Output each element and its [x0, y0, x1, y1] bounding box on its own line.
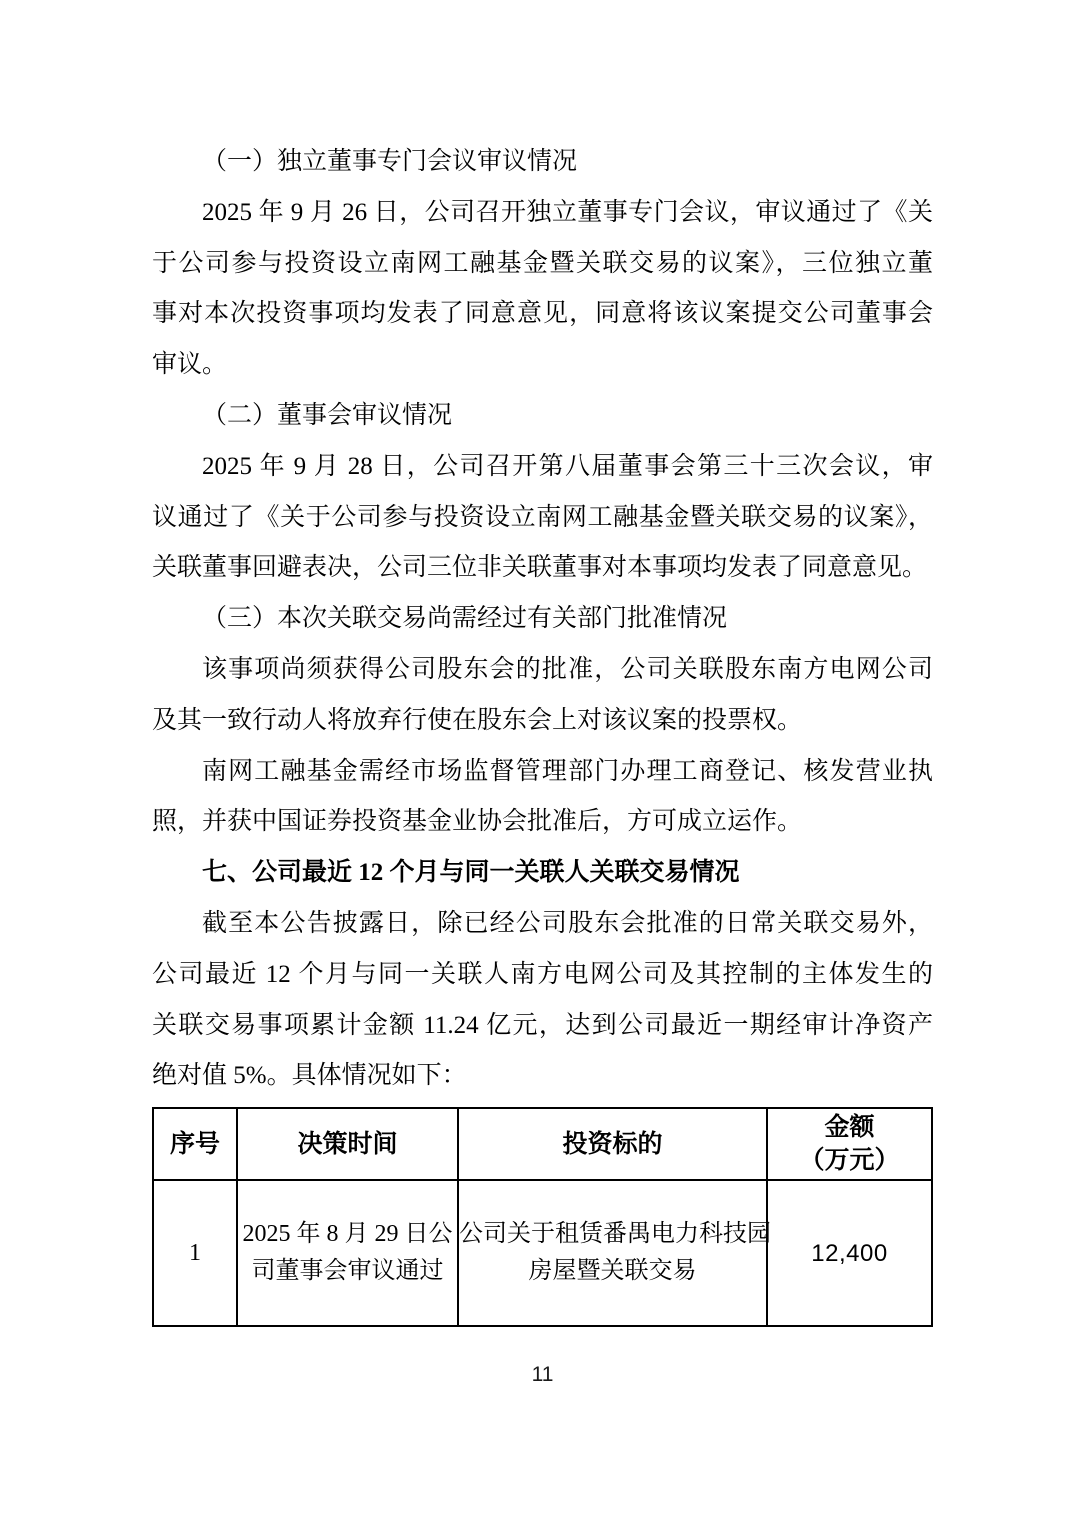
paragraph-line: 事对本次投资事项均发表了同意意见，同意将该议案提交公司董事会	[152, 289, 933, 340]
table-row: 1 2025 年 8 月 29 日公 司董事会审议通过 公司关于租赁番禺电力科技…	[153, 1180, 932, 1326]
table-header-decision-time: 决策时间	[237, 1108, 458, 1180]
subsection-heading: （一）独立董事专门会议审议情况	[152, 137, 933, 188]
paragraph-line: 该事项尚须获得公司股东会的批准，公司关联股东南方电网公司	[152, 645, 933, 696]
cell-amount: 12,400	[767, 1180, 932, 1326]
paragraph-line: 于公司参与投资设立南网工融基金暨关联交易的议案》，三位独立董	[152, 239, 933, 290]
subsection-heading: （二）董事会审议情况	[152, 391, 933, 442]
table-header-row: 序号 决策时间 投资标的 金额 （万元）	[153, 1108, 932, 1180]
paragraph-line: 及其一致行动人将放弃行使在股东会上对该议案的投票权。	[152, 696, 933, 747]
paragraph-line: 公司最近 12 个月与同一关联人南方电网公司及其控制的主体发生的	[152, 950, 933, 1001]
cell-decision-time: 2025 年 8 月 29 日公 司董事会审议通过	[237, 1180, 458, 1326]
table-header-seq: 序号	[153, 1108, 237, 1180]
paragraph-line: 截至本公告披露日，除已经公司股东会批准的日常关联交易外，	[152, 899, 933, 950]
subsection-heading: （三）本次关联交易尚需经过有关部门批准情况	[152, 594, 933, 645]
page-number: 11	[152, 1363, 933, 1387]
paragraph-line: 议通过了《关于公司参与投资设立南网工融基金暨关联交易的议案》，	[152, 493, 933, 544]
cell-investment-target-line1: 公司关于租赁番禺电力科技园	[459, 1216, 766, 1253]
cell-investment-target: 公司关于租赁番禺电力科技园 房屋暨关联交易	[458, 1180, 767, 1326]
paragraph-line: 关联董事回避表决，公司三位非关联董事对本事项均发表了同意意见。	[152, 543, 933, 594]
table-header-investment-target: 投资标的	[458, 1108, 767, 1180]
document-page: （一）独立董事专门会议审议情况 2025 年 9 月 26 日，公司召开独立董事…	[0, 0, 1080, 1527]
paragraph-line: 关联交易事项累计金额 11.24 亿元，达到公司最近一期经审计净资产	[152, 1001, 933, 1052]
paragraph-line: 2025 年 9 月 26 日，公司召开独立董事专门会议，审议通过了《关	[152, 188, 933, 239]
paragraph-line: 南网工融基金需经市场监督管理部门办理工商登记、核发营业执	[152, 747, 933, 798]
table-header-amount-line1: 金额	[768, 1111, 931, 1144]
cell-seq: 1	[153, 1180, 237, 1326]
paragraph-line: 照，并获中国证券投资基金业协会批准后，方可成立运作。	[152, 797, 933, 848]
section-heading: 七、公司最近 12 个月与同一关联人关联交易情况	[152, 848, 933, 899]
cell-decision-time-line2: 司董事会审议通过	[238, 1253, 457, 1290]
paragraph-line: 2025 年 9 月 28 日，公司召开第八届董事会第三十三次会议，审	[152, 442, 933, 493]
table-header-amount: 金额 （万元）	[767, 1108, 932, 1180]
table-header-amount-line2: （万元）	[768, 1144, 931, 1177]
paragraph-line: 审议。	[152, 340, 933, 391]
cell-decision-time-line1: 2025 年 8 月 29 日公	[238, 1216, 457, 1253]
paragraph-line: 绝对值 5%。具体情况如下：	[152, 1051, 933, 1102]
related-party-transactions-table: 序号 决策时间 投资标的 金额 （万元） 1 2025 年 8 月 29 日公 …	[152, 1107, 933, 1327]
cell-investment-target-line2: 房屋暨关联交易	[459, 1253, 766, 1290]
document-body: （一）独立董事专门会议审议情况 2025 年 9 月 26 日，公司召开独立董事…	[152, 137, 933, 1387]
